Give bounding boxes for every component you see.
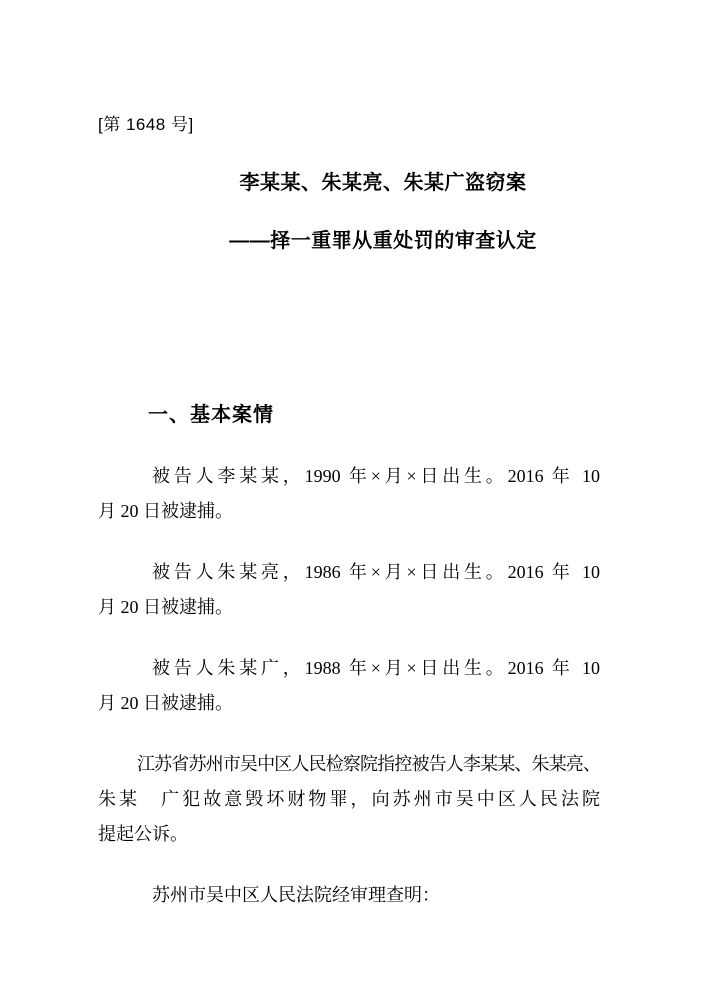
paragraph-line: 苏州市吴中区人民法院经审理查明： [98, 878, 600, 913]
section-heading-basic-facts: 一、基本案情 [98, 401, 600, 429]
paragraph-defendant-zhu-guang: 被告人朱某广，1988 年×月×日出生。2016 年 10 月 20 日被逮捕。 [98, 651, 600, 721]
document-title: 李某某、朱某亮、朱某广盗窃案 [166, 169, 600, 197]
case-number: [第 1648 号] [98, 112, 600, 138]
paragraph-line: 月 20 日被逮捕。 [98, 686, 600, 721]
document-page: [第 1648 号] 李某某、朱某亮、朱某广盗窃案 ——择一重罪从重处罚的审查认… [0, 0, 707, 999]
paragraph-line: 提起公诉。 [98, 817, 600, 852]
paragraph-line: 被告人李某某，1990 年×月×日出生。2016 年 10 [98, 459, 600, 494]
paragraph-line: 江苏省苏州市吴中区人民检察院指控被告人李某某、朱某亮、 [98, 747, 600, 782]
paragraph-line: 朱某 广犯故意毁坏财物罪，向苏州市吴中区人民法院 [98, 782, 600, 817]
paragraph-line: 月 20 日被逮捕。 [98, 590, 600, 625]
document-subtitle: ——择一重罪从重处罚的审查认定 [166, 227, 600, 255]
paragraph-line: 月 20 日被逮捕。 [98, 494, 600, 529]
paragraph-prosecution: 江苏省苏州市吴中区人民检察院指控被告人李某某、朱某亮、 朱某 广犯故意毁坏财物罪… [98, 747, 600, 852]
paragraph-defendant-zhu-liang: 被告人朱某亮，1986 年×月×日出生。2016 年 10 月 20 日被逮捕。 [98, 555, 600, 625]
paragraph-line: 被告人朱某亮，1986 年×月×日出生。2016 年 10 [98, 555, 600, 590]
paragraph-line: 被告人朱某广，1988 年×月×日出生。2016 年 10 [98, 651, 600, 686]
paragraph-court-finding: 苏州市吴中区人民法院经审理查明： [98, 878, 600, 913]
paragraph-defendant-li: 被告人李某某，1990 年×月×日出生。2016 年 10 月 20 日被逮捕。 [98, 459, 600, 529]
